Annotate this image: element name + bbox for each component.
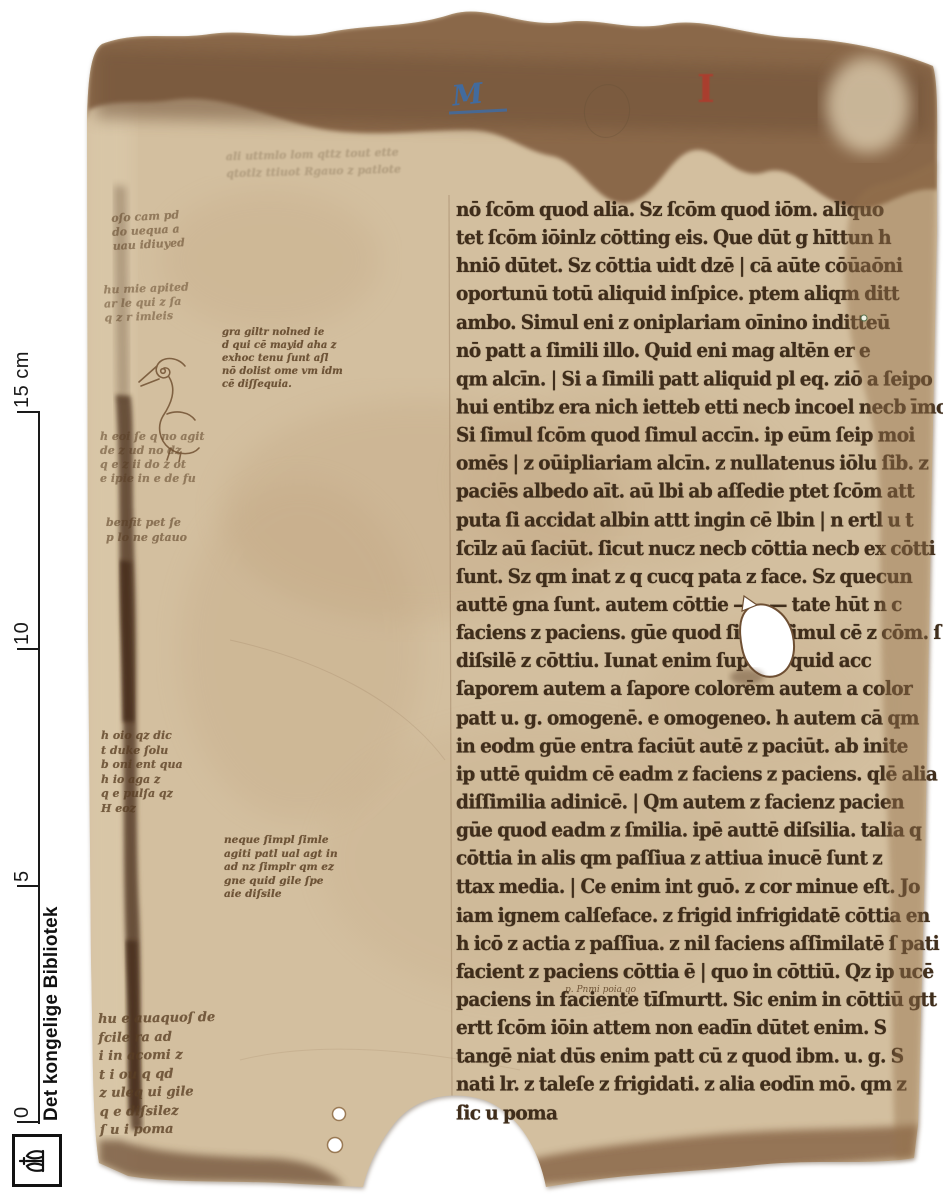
gloss-line: ar le qui z ſa (104, 295, 190, 312)
text-line: auttē gna ſunt. autem cōttie ——— tate hū… (456, 591, 943, 619)
red-folio-numeral: I (697, 66, 715, 111)
text-line: oportunū totū aliquid inſpice. ptem aliq… (456, 281, 943, 309)
institution-name: Det kongelige Bibliotek (41, 906, 63, 1121)
gloss-top-left-2: hu mie apitedar le qui z ſaq z r imleis (103, 281, 190, 326)
scale-label-0: 0 (11, 1106, 34, 1118)
scale-tick-0 (17, 1121, 40, 1123)
gloss-line: exhoc tenu ſunt aſl (222, 352, 343, 365)
scale-tick-5 (17, 885, 40, 887)
gloss-middle-1: gra giltr nolned ied qui cē mayid aha ze… (222, 326, 343, 391)
text-line: faciens z paciens. gūe quod ſi ie e ſimu… (456, 619, 943, 647)
main-text-block: nō ſcōm quod alia. Sz ſcōm quod iōm. ali… (456, 196, 943, 1129)
kb-crown-icon (19, 1141, 55, 1181)
gloss-line: p lo ne gtauo (106, 530, 187, 545)
water-stain (160, 190, 380, 330)
gloss-line: H eoz (101, 802, 183, 817)
interlinear-note: p. Pnmi poia qo (565, 985, 636, 995)
text-line: ip uttē quidm cē eadm z faciens z pacien… (456, 761, 943, 789)
text-line: ſcīlz aū ſaciūt. ſicut nucz necb cōttia … (456, 535, 943, 563)
gloss-line: i in acomi z (99, 1046, 217, 1067)
gloss-line: cē diſſequia. (222, 378, 343, 391)
scale-bar-line (38, 411, 40, 1124)
gloss-line: neque ſimpl ſimle (224, 834, 338, 848)
gloss-middle-2: neque ſimpl ſimleagiti patl ual agt inad… (224, 834, 338, 902)
text-line: qm alcīn. | Si a ſimili patt aliquid pl … (456, 365, 943, 393)
text-line: diſſimilia adinicē. | Qm autem z facienz… (456, 789, 943, 817)
scale-label-5: 5 (11, 870, 34, 882)
text-line: nō patt a ſimili illo. Quid eni mag altē… (456, 337, 943, 365)
gloss-line: hu e auaquoſ de (98, 1009, 216, 1030)
gloss-line: nō dolist ome vm idm (222, 365, 343, 378)
text-line: ſaporem autem a ſapore colorēm autem a c… (456, 676, 943, 704)
text-line: Si ſimul ſcōm quod ſimul accīn. ip eūm ſ… (456, 422, 943, 450)
scale-label-10: 10 (11, 622, 34, 645)
gloss-line: q z r imleis (104, 309, 190, 326)
gloss-line: q e pulſa qz (101, 787, 183, 802)
text-line: hui entibz era nich ietteb etti necb inc… (456, 394, 943, 422)
kb-logo-box (12, 1134, 62, 1187)
gloss-bottom-left: hu e auaquoſ defcile ra adi in acomi zt … (98, 1009, 217, 1141)
text-line: iam ignem calſeface. z frigid infrigidat… (456, 902, 943, 930)
text-line: omēs | z oūipliariam alcīn. z nullatenus… (456, 450, 943, 478)
text-line: tet ſcōm iōinlz cōtting eis. Que dūt g h… (456, 224, 943, 252)
showthrough-text: ali uttmlo lom qttz tout etteqtotlz ttiu… (226, 144, 402, 183)
gloss-line: ſ u i poma (100, 1120, 218, 1141)
gloss-line: fcile ra ad (98, 1027, 216, 1048)
text-line: facient z paciens cōttia ē | quo in cōtt… (456, 958, 943, 986)
gloss-line: benfit pet ſe (106, 515, 187, 530)
text-line: gūe quod eadm z ſmilia. ipē auttē diſsil… (456, 817, 943, 845)
text-line: tangē niat dūs enim patt cū z quod ibm. … (456, 1043, 943, 1071)
blue-folio-mark: M (450, 76, 484, 112)
text-line: puta ſi accidat albin attt ingin cē lbin… (456, 506, 943, 534)
text-line: ttax media. | Ce enim int guō. z cor min… (456, 873, 943, 901)
gloss-line: t duke ſolu (101, 744, 183, 759)
text-line: patt u. g. omogenē. e omogeneo. h autem … (456, 704, 943, 732)
scale-tick-10 (17, 648, 40, 650)
text-line: paciens in faciente tīſmurtt. Sic enim i… (456, 986, 943, 1014)
gloss-left-5: h oio qz dict duke ſolub oni ent quah io… (101, 729, 183, 816)
gloss-line: e ipie in e de fu (100, 472, 205, 486)
text-line: ambo. Simul eni z oniplariam oīnino indi… (456, 309, 943, 337)
gloss-line: gra giltr nolned ie (222, 326, 343, 339)
text-line: hniō dūtet. Sz cōttia uidt dzē | cā aūte… (456, 252, 943, 280)
text-line: diſsilē z cōttiu. Iunat enim ſup cor qui… (456, 648, 943, 676)
text-line: paciēs albedo aīt. aū lbi ab aſſedie pte… (456, 478, 943, 506)
manuscript-scan-page: 15 cm 10 5 0 Det kongelige Bibliotek nō … (0, 0, 951, 1200)
gloss-line: h oio qz dic (101, 729, 183, 744)
gloss-line: ad nz ſimplr qm ez (224, 861, 338, 875)
text-line: ertt ſcōm iōin attem non eadīn dūtet eni… (456, 1015, 943, 1043)
text-line: nati lr. z taleſe z frigidati. z alia eo… (456, 1071, 943, 1099)
gloss-line: agiti patl ual agt in (224, 848, 338, 862)
gloss-line: gne quid gile ſpe (224, 875, 338, 889)
gloss-left-4: benfit pet ſep lo ne gtauo (106, 515, 187, 545)
text-line: in eodm gūe entra faciūt autē z paciūt. … (456, 732, 943, 760)
top-right-light-wedge (826, 57, 910, 153)
gloss-line: q e diſsilez (99, 1101, 217, 1122)
scale-label-15cm: 15 cm (11, 351, 34, 408)
gloss-line: aie diſsile (224, 888, 338, 902)
text-line: nō ſcōm quod alia. Sz ſcōm quod iōm. ali… (456, 196, 943, 224)
gloss-line: b oni ent qua (101, 758, 183, 773)
text-line: h icō z actia z paſſiua. z nil faciens a… (456, 930, 943, 958)
text-line: cōttia in alis qm paſſiua z attiua inucē… (456, 845, 943, 873)
gloss-line: d qui cē mayid aha z (222, 339, 343, 352)
scale-tick-15 (17, 411, 40, 413)
gloss-line: h io aga z (101, 773, 183, 788)
text-line: ſic u poma (456, 1099, 943, 1127)
gloss-line: t i ou q qd (99, 1064, 217, 1085)
text-line: ſunt. Sz qm inat z q cucq pata z face. S… (456, 563, 943, 591)
bird-doodle-icon (133, 352, 223, 462)
gloss-top-left-1: oſo cam pddo uequa auau idiuyed (111, 208, 185, 254)
gloss-line: z uleq ui gile (99, 1083, 217, 1104)
